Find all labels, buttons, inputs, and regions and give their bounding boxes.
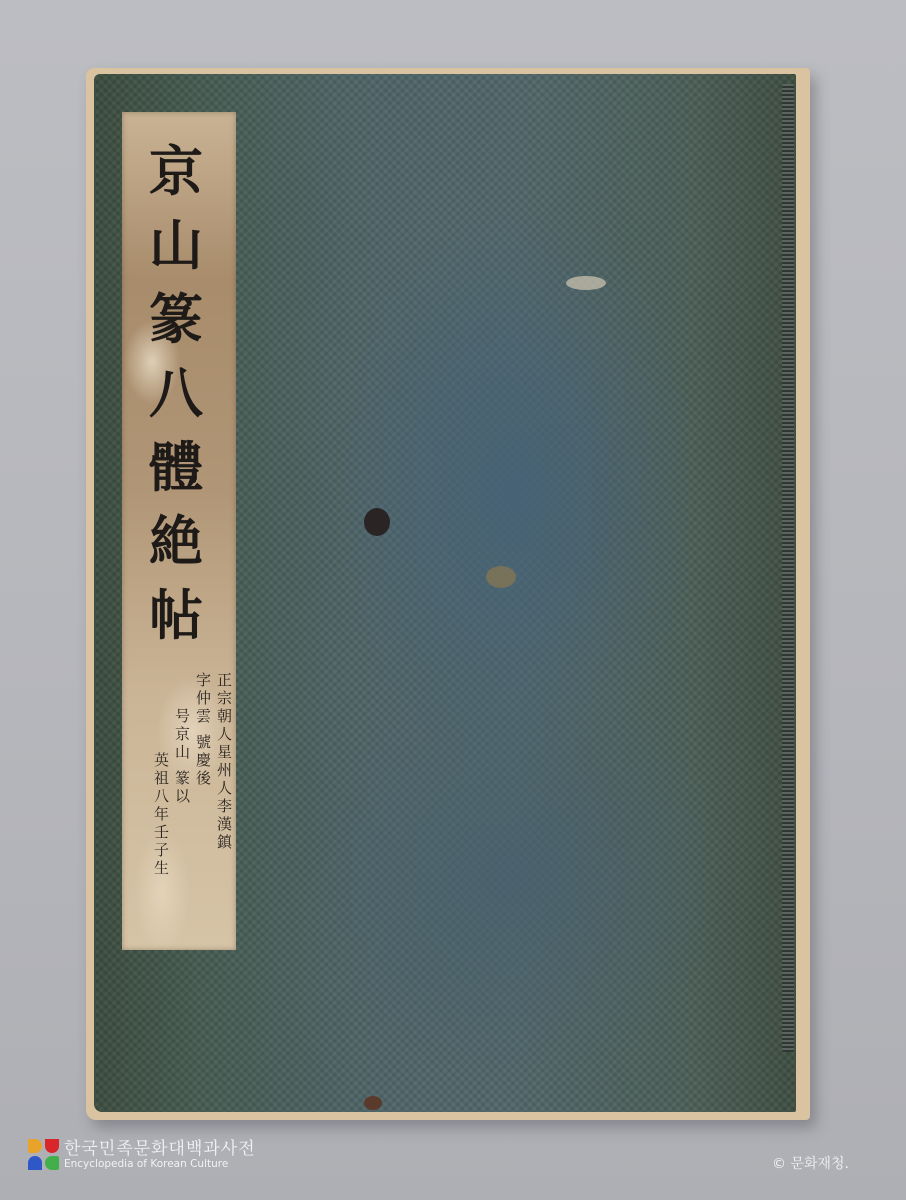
label-notes: 正宗朝人星州人李漢鎮 字仲雲 號慶後 号京山 篆以 英祖八年壬子生: [152, 672, 232, 878]
book-cover: 京 山 篆 八 體 絶 帖 正宗朝人星州人李漢鎮 字仲雲 號慶後 号京山 篆以 …: [94, 74, 796, 1112]
stain: [566, 276, 606, 290]
stain: [486, 566, 516, 588]
logo-korean-text: 한국민족문화대백과사전: [64, 1140, 256, 1158]
spine-stitching: [782, 84, 794, 1052]
title-char: 篆: [149, 282, 203, 356]
copyright-notice: © 문화재청.: [772, 1153, 849, 1173]
note-column: 英祖八年壬子生: [152, 752, 169, 878]
title-calligraphy: 京 山 篆 八 體 絶 帖: [136, 134, 216, 652]
title-char: 八: [149, 356, 203, 430]
title-char: 體: [149, 430, 203, 504]
note-column: 号京山 篆以: [173, 708, 190, 878]
title-char: 絶: [149, 504, 203, 578]
note-column: 字仲雲 號慶後: [194, 672, 211, 878]
stain: [364, 1096, 382, 1110]
title-label: 京 山 篆 八 體 絶 帖 正宗朝人星州人李漢鎮 字仲雲 號慶後 号京山 篆以 …: [122, 112, 236, 950]
title-char: 帖: [149, 578, 203, 652]
logo-english-text: Encyclopedia of Korean Culture: [64, 1158, 256, 1170]
title-char: 山: [149, 208, 203, 282]
ink-blot: [364, 508, 390, 536]
encyclopedia-logo: 한국민족문화대백과사전 Encyclopedia of Korean Cultu…: [28, 1139, 256, 1171]
note-column: 正宗朝人星州人李漢鎮: [215, 672, 232, 878]
book: 京 山 篆 八 體 絶 帖 正宗朝人星州人李漢鎮 字仲雲 號慶後 号京山 篆以 …: [86, 68, 810, 1120]
title-char: 京: [149, 134, 203, 208]
logo-icon: [28, 1139, 60, 1171]
